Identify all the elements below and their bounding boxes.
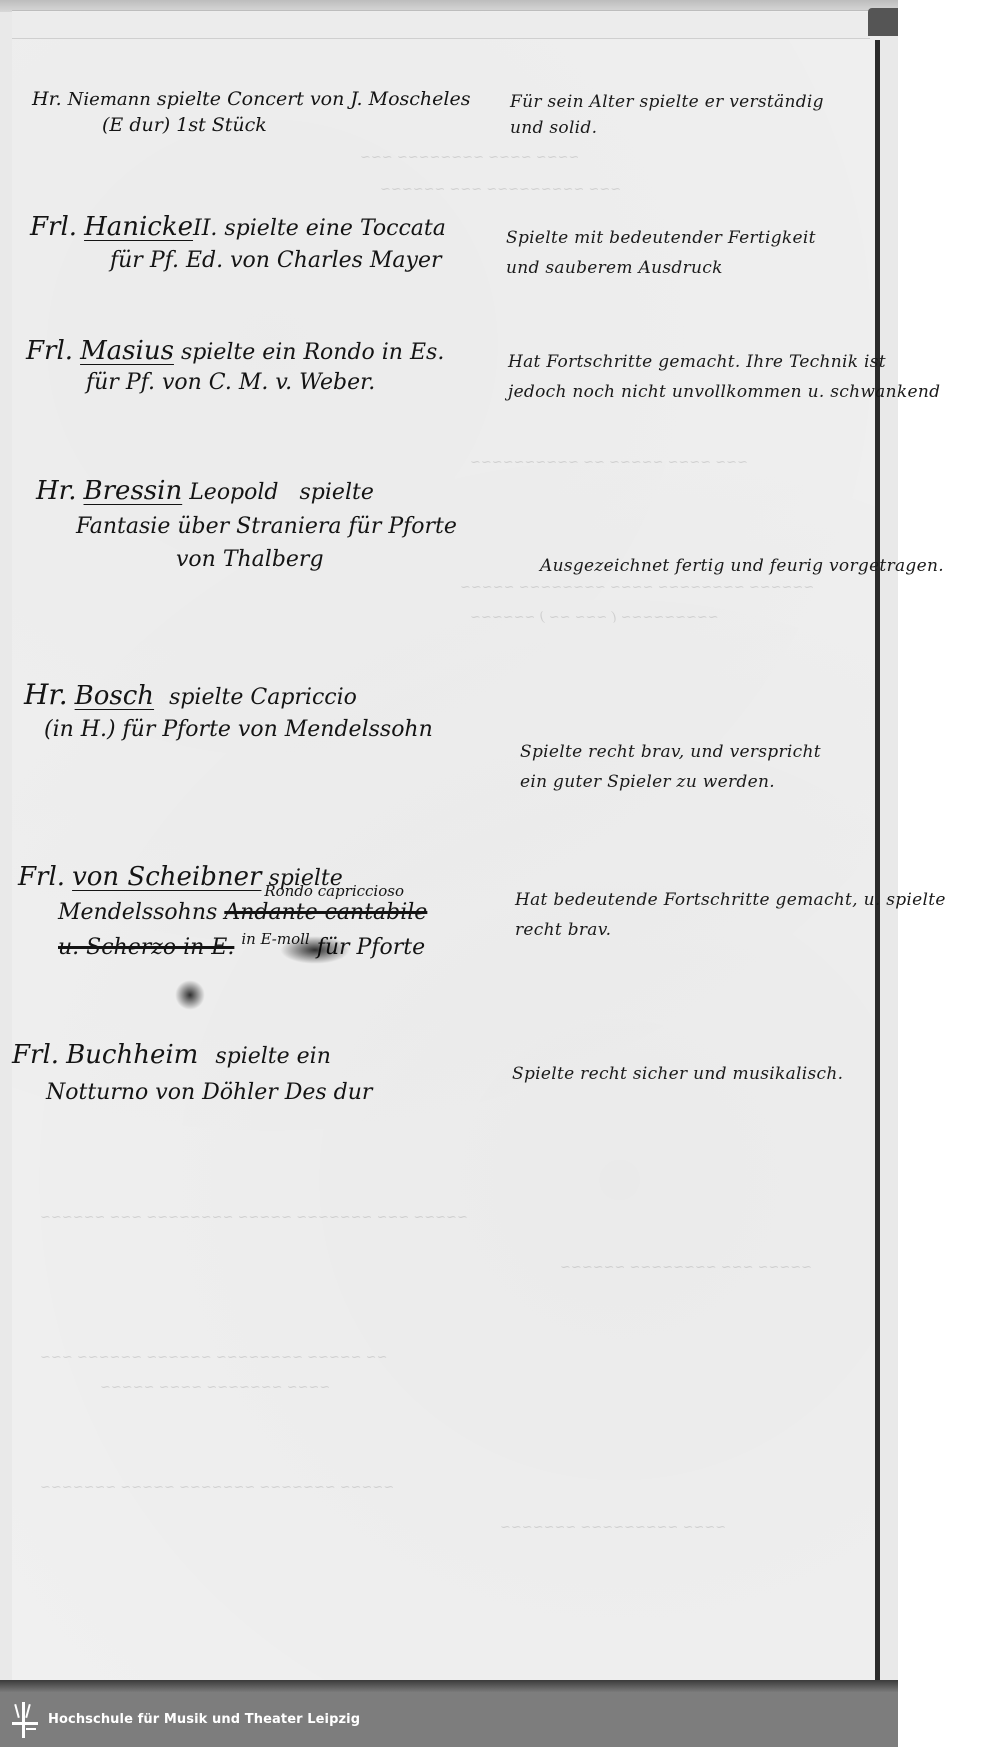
entry-bressin: Hr. Bressin Leopold spielte Fantasie übe… bbox=[36, 476, 457, 572]
honorific: Hr. bbox=[32, 88, 62, 110]
entry-buchheim: Frl. Buchheim spielte ein Notturno von D… bbox=[12, 1040, 372, 1105]
remark-bressin: Ausgezeichnet fertig und feurig vorgetra… bbox=[540, 556, 944, 576]
performance-line: spielte ein bbox=[215, 1044, 331, 1069]
bleed-through-text: ~~~~~ ~~~ ~~~~~~~~ ~~~~~~ bbox=[560, 1260, 812, 1275]
ink-blot bbox=[280, 936, 350, 964]
honorific: Frl. bbox=[12, 1040, 59, 1070]
bleed-through-text: ~~ ~~~~~ ~~~~~~~~ ~~~~~~ ~~~~~~ ~~~ bbox=[40, 1350, 387, 1365]
performer-name: von Scheibner bbox=[72, 862, 261, 892]
performance-line: spielte eine Toccata bbox=[224, 216, 445, 241]
footer-bar: Hochschule für Musik und Theater Leipzig bbox=[0, 1692, 898, 1747]
remark-bosch: Spielte recht brav, und verspricht ein g… bbox=[520, 742, 821, 792]
bleed-through-text: ~~~ ~~~~~~~~~ ~~~ ~~~~~~ bbox=[380, 182, 621, 197]
performance-line: spielte ein Rondo in Es. bbox=[181, 340, 444, 365]
honorific: Frl. bbox=[30, 212, 77, 242]
bleed-through-text: ~~~~ ~~~~~~~ ~~~~ ~~~~~ bbox=[100, 1380, 330, 1395]
performer-name: Bosch bbox=[75, 681, 154, 711]
scan-bottom-edge bbox=[0, 1680, 898, 1692]
performance-line: Notturno von Döhler Des dur bbox=[46, 1080, 372, 1105]
performer-name: Bressin bbox=[84, 476, 183, 506]
bleed-through-text: ~~~~~~~~~ ( ~~~ ~~ ) ~~~~~~ bbox=[470, 610, 719, 625]
bleed-through-text: ~~~~ ~~~~~~~~~ ~~~~~~~ bbox=[500, 1520, 726, 1535]
honorific: Hr. bbox=[36, 476, 77, 506]
remark-scheibner: Hat bedeutende Fortschritte gemacht, u. … bbox=[515, 890, 946, 940]
performer-name: Niemann bbox=[68, 89, 151, 110]
performer-name: Hanicke bbox=[84, 212, 193, 242]
bleed-through-text: ~~~ ~~~~ ~~~~~ ~~ ~~~~~~~~~~ bbox=[470, 455, 748, 470]
entry-bosch: Hr. Bosch spielte Capriccio (in H.) für … bbox=[24, 678, 433, 742]
performer-name: Masius bbox=[80, 336, 174, 366]
entry-hanicke: Frl. HanickeII. spielte eine Toccata für… bbox=[30, 212, 446, 273]
honorific: Frl. bbox=[26, 336, 73, 366]
struck-text: u. Scherzo in E. bbox=[58, 935, 234, 960]
performance-line: spielte Capriccio bbox=[169, 685, 357, 710]
performance-line: (E dur) 1st Stück bbox=[102, 114, 470, 136]
honorific: Frl. bbox=[18, 862, 65, 892]
given-name: Leopold bbox=[189, 480, 278, 505]
bleed-through-text: ~~~~ ~~~~ ~~~~~~~~ ~~~ bbox=[360, 150, 579, 165]
entry-niemann: Hr. Niemann spielte Concert von J. Mosch… bbox=[32, 88, 470, 136]
performance-line: spielte bbox=[300, 480, 374, 505]
performance-line: für Pf. Ed. von Charles Mayer bbox=[110, 248, 446, 273]
performance-line: (in H.) für Pforte von Mendelssohn bbox=[44, 717, 433, 742]
performance-line: Fantasie über Straniera für Pforte bbox=[76, 514, 457, 539]
entry-masius: Frl. Masius spielte ein Rondo in Es. für… bbox=[26, 336, 444, 395]
bleed-through-text: ~~~~~ ~~~~~~~ ~~~~~~~ ~~~~~ ~~~~~~~ bbox=[40, 1480, 394, 1495]
performance-line: Mendelssohns bbox=[58, 900, 217, 925]
struck-text: Andante cantabile bbox=[224, 900, 427, 925]
remark-buchheim: Spielte recht sicher und musikalisch. bbox=[512, 1064, 843, 1084]
inserted-text: Rondo capriccioso bbox=[264, 882, 404, 900]
ink-blot bbox=[175, 980, 205, 1010]
performance-line: spielte Concert von J. Moscheles bbox=[157, 88, 471, 110]
remark-hanicke: Spielte mit bedeutender Fertigkeit und s… bbox=[506, 228, 816, 278]
hmt-logo-icon bbox=[12, 1700, 38, 1740]
binding-shadow bbox=[868, 8, 898, 36]
remark-niemann: Für sein Alter spielte er verständig und… bbox=[510, 92, 824, 138]
performance-line: für Pf. von C. M. v. Weber. bbox=[86, 370, 444, 395]
bleed-through-text: ~~~~~~ ~~~~~~~~ ~~~~ ~~~~~~~~ ~~~~~ bbox=[460, 580, 814, 595]
institution-name: Hochschule für Musik und Theater Leipzig bbox=[48, 1712, 360, 1727]
remark-masius: Hat Fortschritte gemacht. Ihre Technik i… bbox=[508, 352, 940, 402]
honorific: Hr. bbox=[24, 678, 68, 711]
performance-line: von Thalberg bbox=[176, 547, 457, 572]
entry-scheibner: Frl. von Scheibner spielte Mendelssohns … bbox=[18, 862, 427, 960]
bleed-through-text: ~~~~~ ~~~ ~~~~~~~ ~~~~~ ~~~~~~~~ ~~~ ~~~… bbox=[40, 1210, 468, 1225]
page-fold-edge bbox=[12, 12, 870, 39]
performer-name: Buchheim bbox=[66, 1040, 198, 1070]
margin-rule bbox=[875, 40, 880, 1680]
